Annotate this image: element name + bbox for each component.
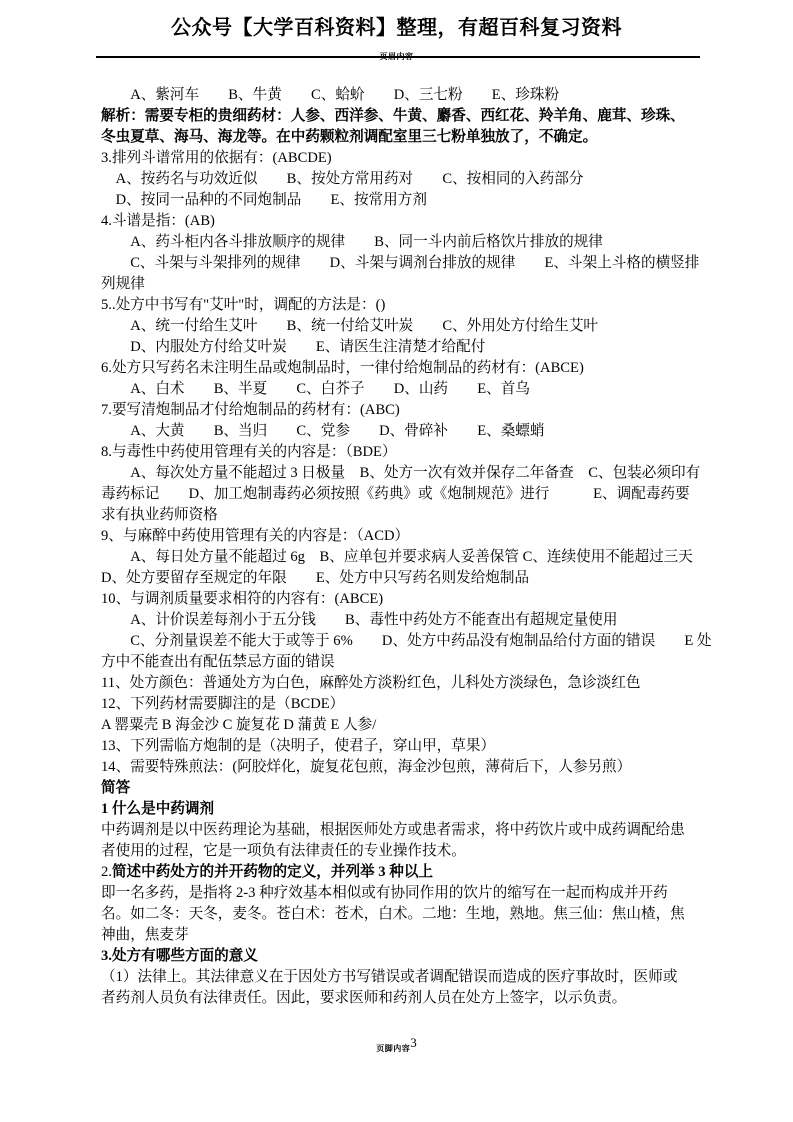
text-line: A、白术 B、半夏 C、白芥子 D、山药 E、首乌 <box>101 379 741 400</box>
text-run: A 罂粟壳 B 海金沙 C 旋复花 D 蒲黄 E 人参/ <box>101 717 376 733</box>
text-line: D、按同一品种的不同炮制品 E、按常用方剂 <box>101 190 741 211</box>
text-line: A、药斗柜内各斗排放顺序的规律 B、同一斗内前后格饮片排放的规律 <box>101 232 741 253</box>
text-line: 中药调剂是以中医药理论为基础，根据医师处方或患者需求，将中药饮片或中成药调配给患 <box>101 820 741 841</box>
header-content-label: 页眉内容 <box>0 51 793 62</box>
text-run: A、计价误差每剂小于五分钱 B、毒性中药处方不能查出有超规定量使用 <box>101 612 617 628</box>
text-line: 3.排列斗谱常用的依据有：(ABCDE) <box>101 148 741 169</box>
text-line: 名。如二冬：天冬，麦冬。苍白术：苍术，白术。二地：生地，熟地。焦三仙：焦山楂，焦 <box>101 904 741 925</box>
text-line: 列规律 <box>101 274 741 295</box>
text-run-bold: 解析：需要专柜的贵细药材：人参、西洋参、牛黄、麝香、西红花、羚羊角、鹿茸、珍珠、 <box>101 108 685 124</box>
text-line: 方中不能查出有配伍禁忌方面的错误 <box>101 652 741 673</box>
text-line: A 罂粟壳 B 海金沙 C 旋复花 D 蒲黄 E 人参/ <box>101 715 741 736</box>
text-run-bold: 简述中药处方的并开药物的定义，并列举 3 种以上 <box>112 864 433 880</box>
text-line: A、统一付给生艾叶 B、统一付给艾叶炭 C、外用处方付给生艾叶 <box>101 316 741 337</box>
text-line: 7.要写清炮制品才付给炮制品的药材有：(ABC) <box>101 400 741 421</box>
text-run-bold: 3.处方有哪些方面的意义 <box>101 948 258 964</box>
page-title: 公众号【大学百科资料】整理，有超百科复习资料 <box>0 11 793 40</box>
text-run: 毒药标记 D、加工炮制毒药必须按照《药典》或《炮制规范》进行 E、调配毒药要 <box>101 486 690 502</box>
text-run: A、紫河车 B、牛黄 C、蛤蚧 D、三七粉 E、珍珠粉 <box>101 87 559 103</box>
text-line: 8.与毒性中药使用管理有关的内容是：（BDE） <box>101 442 741 463</box>
footer: 页脚内容3 <box>0 1035 793 1056</box>
text-line: D、处方要留存至规定的年限 E、处方中只写药名则发给炮制品 <box>101 568 741 589</box>
text-run: 即一名多药，是指将 2-3 种疗效基本相似或有协同作用的饮片的缩写在一起而构成并… <box>101 885 668 901</box>
text-run: 4.斗谱是指：(AB) <box>101 213 215 229</box>
text-line: C、斗架与斗架排列的规律 D、斗架与调剂台排放的规律 E、斗架上斗格的横竖排 <box>101 253 741 274</box>
text-run: A、大黄 B、当归 C、党参 D、骨碎补 E、桑螵蛸 <box>101 423 545 439</box>
text-run: 11、处方颜色：普通处方为白色，麻醉处方淡粉红色，儿科处方淡绿色，急诊淡红色 <box>101 675 640 691</box>
text-run: 方中不能查出有配伍禁忌方面的错误 <box>101 654 335 670</box>
text-run: 名。如二冬：天冬，麦冬。苍白术：苍术，白术。二地：生地，熟地。焦三仙：焦山楂，焦 <box>101 906 685 922</box>
text-line: A、计价误差每剂小于五分钱 B、毒性中药处方不能查出有超规定量使用 <box>101 610 741 631</box>
text-line: 解析：需要专柜的贵细药材：人参、西洋参、牛黄、麝香、西红花、羚羊角、鹿茸、珍珠、 <box>101 106 741 127</box>
text-line: C、分剂量误差不能大于或等于 6% D、处方中药品没有炮制品给付方面的错误 E … <box>101 631 741 652</box>
text-run: 10、与调剂质量要求相符的内容有：(ABCE) <box>101 591 383 607</box>
text-run: D、处方要留存至规定的年限 E、处方中只写药名则发给炮制品 <box>101 570 529 586</box>
text-run: 6.处方只写药名未注明生品或炮制品时，一律付给炮制品的药材有：(ABCE) <box>101 360 584 376</box>
document-lines: A、紫河车 B、牛黄 C、蛤蚧 D、三七粉 E、珍珠粉解析：需要专柜的贵细药材：… <box>101 85 741 1009</box>
text-line: A、大黄 B、当归 C、党参 D、骨碎补 E、桑螵蛸 <box>101 421 741 442</box>
text-run: 13、下列需临方炮制的是（决明子，使君子，穿山甲，草果） <box>101 738 495 754</box>
text-run: 8.与毒性中药使用管理有关的内容是：（BDE） <box>101 444 397 460</box>
text-run: 列规律 <box>101 276 145 292</box>
text-line: 神曲，焦麦芽 <box>101 925 741 946</box>
text-run: 3.排列斗谱常用的依据有：(ABCDE) <box>101 150 332 166</box>
text-run: （1）法律上。其法律意义在于因处方书写错误或者调配错误而造成的医疗事故时，医师或 <box>101 969 677 985</box>
text-line: 者使用的过程，它是一项负有法律责任的专业操作技术。 <box>101 841 741 862</box>
text-line: 12、下列药材需要脚注的是（BCDE） <box>101 694 741 715</box>
text-run: D、内服处方付给艾叶炭 E、请医生注清楚才给配付 <box>101 339 485 355</box>
text-run: 者药剂人员负有法律责任。因此，要求医师和药剂人员在处方上签字，以示负责。 <box>101 990 626 1006</box>
text-run-bold: 冬虫夏草、海马、海龙等。在中药颗粒剂调配室里三七粉单独放了，不确定。 <box>101 129 597 145</box>
document-page: 公众号【大学百科资料】整理，有超百科复习资料 页眉内容 A、紫河车 B、牛黄 C… <box>0 0 793 1122</box>
text-run: 7.要写清炮制品才付给炮制品的药材有：(ABC) <box>101 402 400 418</box>
text-run: 神曲，焦麦芽 <box>101 927 189 943</box>
text-line: 4.斗谱是指：(AB) <box>101 211 741 232</box>
text-run: 2. <box>101 864 112 880</box>
text-line: 13、下列需临方炮制的是（决明子，使君子，穿山甲，草果） <box>101 736 741 757</box>
text-run: C、斗架与斗架排列的规律 D、斗架与调剂台排放的规律 E、斗架上斗格的横竖排 <box>101 255 699 271</box>
text-run-bold: 1 什么是中药调剂 <box>101 801 214 817</box>
text-run: 14、需要特殊煎法：(阿胶烊化，旋复花包煎，海金沙包煎，薄荷后下，人参另煎） <box>101 759 631 775</box>
page-number: 3 <box>410 1035 417 1050</box>
text-line: 冬虫夏草、海马、海龙等。在中药颗粒剂调配室里三七粉单独放了，不确定。 <box>101 127 741 148</box>
text-line: A、每日处方量不能超过 6g B、应单包并要求病人妥善保管 C、连续使用不能超过… <box>101 547 741 568</box>
text-run: 12、下列药材需要脚注的是（BCDE） <box>101 696 344 712</box>
text-line: 3.处方有哪些方面的意义 <box>101 946 741 967</box>
text-run: A、统一付给生艾叶 B、统一付给艾叶炭 C、外用处方付给生艾叶 <box>101 318 598 334</box>
text-line: D、内服处方付给艾叶炭 E、请医生注清楚才给配付 <box>101 337 741 358</box>
text-line: 10、与调剂质量要求相符的内容有：(ABCE) <box>101 589 741 610</box>
text-run: 9、与麻醉中药使用管理有关的内容是：（ACD） <box>101 528 409 544</box>
text-line: 2.简述中药处方的并开药物的定义，并列举 3 种以上 <box>101 862 741 883</box>
text-line: 即一名多药，是指将 2-3 种疗效基本相似或有协同作用的饮片的缩写在一起而构成并… <box>101 883 741 904</box>
text-run: 中药调剂是以中医药理论为基础，根据医师处方或患者需求，将中药饮片或中成药调配给患 <box>101 822 685 838</box>
text-run: A、按药名与功效近似 B、按处方常用药对 C、按相同的入药部分 <box>101 171 583 187</box>
text-line: A、每次处方量不能超过 3 日极量 B、处方一次有效并保存二年备查 C、包装必须… <box>101 463 741 484</box>
footer-label: 页脚内容 <box>376 1044 410 1053</box>
text-line: 9、与麻醉中药使用管理有关的内容是：（ACD） <box>101 526 741 547</box>
text-line: 者药剂人员负有法律责任。因此，要求医师和药剂人员在处方上签字，以示负责。 <box>101 988 741 1009</box>
text-line: 求有执业药师资格 <box>101 505 741 526</box>
text-run: A、每日处方量不能超过 6g B、应单包并要求病人妥善保管 C、连续使用不能超过… <box>101 549 693 565</box>
text-line: 简答 <box>101 778 741 799</box>
text-line: （1）法律上。其法律意义在于因处方书写错误或者调配错误而造成的医疗事故时，医师或 <box>101 967 741 988</box>
text-run: C、分剂量误差不能大于或等于 6% D、处方中药品没有炮制品给付方面的错误 E … <box>101 633 712 649</box>
text-line: A、紫河车 B、牛黄 C、蛤蚧 D、三七粉 E、珍珠粉 <box>101 85 741 106</box>
text-line: 1 什么是中药调剂 <box>101 799 741 820</box>
text-run: 求有执业药师资格 <box>101 507 218 523</box>
text-line: 5..处方中书写有"艾叶"时，调配的方法是：() <box>101 295 741 316</box>
text-line: A、按药名与功效近似 B、按处方常用药对 C、按相同的入药部分 <box>101 169 741 190</box>
text-line: 毒药标记 D、加工炮制毒药必须按照《药典》或《炮制规范》进行 E、调配毒药要 <box>101 484 741 505</box>
text-run: A、每次处方量不能超过 3 日极量 B、处方一次有效并保存二年备查 C、包装必须… <box>101 465 700 481</box>
text-line: 6.处方只写药名未注明生品或炮制品时，一律付给炮制品的药材有：(ABCE) <box>101 358 741 379</box>
text-line: 11、处方颜色：普通处方为白色，麻醉处方淡粉红色，儿科处方淡绿色，急诊淡红色 <box>101 673 741 694</box>
text-run: 5..处方中书写有"艾叶"时，调配的方法是：() <box>101 297 385 313</box>
text-line: 14、需要特殊煎法：(阿胶烊化，旋复花包煎，海金沙包煎，薄荷后下，人参另煎） <box>101 757 741 778</box>
text-run-bold: 简答 <box>101 780 130 796</box>
text-run: D、按同一品种的不同炮制品 E、按常用方剂 <box>101 192 427 208</box>
text-run: A、白术 B、半夏 C、白芥子 D、山药 E、首乌 <box>101 381 530 397</box>
text-run: 者使用的过程，它是一项负有法律责任的专业操作技术。 <box>101 843 466 859</box>
text-run: A、药斗柜内各斗排放顺序的规律 B、同一斗内前后格饮片排放的规律 <box>101 234 603 250</box>
